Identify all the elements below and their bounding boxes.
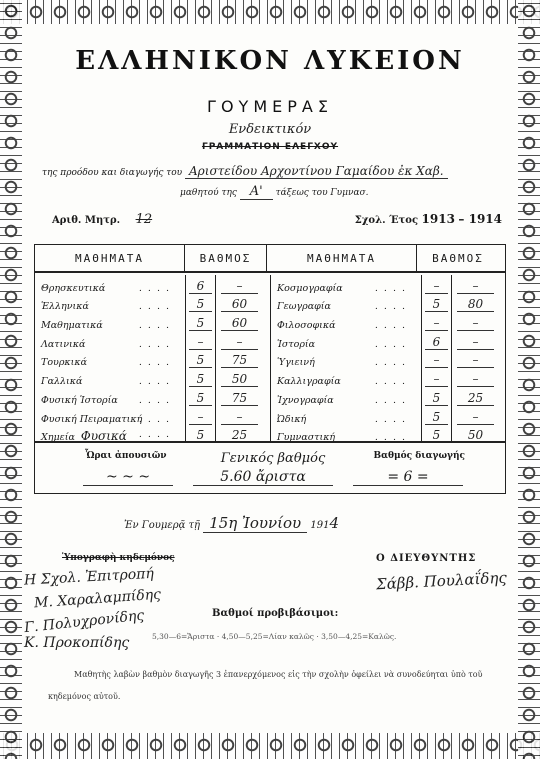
leader-dots: .... xyxy=(375,301,411,312)
grade-integer: – xyxy=(189,410,212,425)
subject-name: Θρησκευτικά.... xyxy=(35,283,185,294)
grade-integer-cell: 5 xyxy=(185,368,215,387)
conduct-value: = 6 = xyxy=(353,469,463,486)
grade-integer-cell: – xyxy=(421,368,451,387)
grade-fraction: – xyxy=(457,279,495,294)
grade-row: Ὑγιεινή....–– xyxy=(271,350,505,369)
leader-dots: .... xyxy=(139,320,175,331)
leader-dots: .... xyxy=(139,357,175,368)
grade-row: Θρησκευτικά....6– xyxy=(35,275,270,294)
grade-fraction: – xyxy=(457,335,495,350)
subject-name: Φιλοσοφικά.... xyxy=(271,320,421,331)
grade-fraction-cell: 75 xyxy=(215,350,263,369)
grade-row: Κοσμογραφία....–– xyxy=(271,275,505,294)
leader-dots: .... xyxy=(375,339,411,350)
leader-dots: .... xyxy=(375,283,411,294)
school-year-label: Σχολ. Έτος xyxy=(355,215,418,226)
grade-fraction-cell: 75 xyxy=(215,387,263,406)
class-line: μαθητού της Α' τάξεως του Γυμνασ. xyxy=(180,184,369,199)
grade-fraction-cell: – xyxy=(451,312,499,331)
grade-fraction: – xyxy=(221,279,259,294)
grade-fraction-cell: – xyxy=(215,406,263,425)
register-value: 12 xyxy=(124,212,165,227)
grade-integer: – xyxy=(425,279,448,294)
grade-row: Μαθηματικά....560 xyxy=(35,312,270,331)
leader-dots: .... xyxy=(375,376,411,387)
grade-integer: – xyxy=(425,372,448,387)
subject-label: Φυσική Ἱστορία xyxy=(41,395,118,406)
grade-integer-cell: – xyxy=(185,406,215,425)
subject-label: Γεωγραφία xyxy=(277,301,331,312)
subject-label: Ἑλληνικά xyxy=(41,301,89,312)
grade-fraction-cell: – xyxy=(215,331,263,350)
grade-row: Ἱστορία....6– xyxy=(271,331,505,350)
general-grade-value: 5.60 ἄριστα xyxy=(193,469,333,486)
grade-integer-cell: 5 xyxy=(185,312,215,331)
grade-row: Ἰχνογραφία....525 xyxy=(271,387,505,406)
grade-fraction-cell: 50 xyxy=(215,368,263,387)
subject-label: Φιλοσοφικά xyxy=(277,320,335,331)
grade-integer: 5 xyxy=(425,391,448,406)
grade-fraction-cell: – xyxy=(451,331,499,350)
grade-integer: – xyxy=(425,316,448,331)
leader-dots: .... xyxy=(375,357,411,368)
grade-fraction: 60 xyxy=(221,297,259,312)
promotion-grades-scale: 5,30—6=Ἄριστα · 4,50—5,25=Λίαν καλῶς · 3… xyxy=(152,632,396,641)
grade-row: Φυσική Ἱστορία....575 xyxy=(35,387,270,406)
student-name: Αριστείδου Αρχοντίνου Γαμαίδου ἐκ Χαβ. xyxy=(185,164,448,179)
grade-fraction: – xyxy=(221,335,259,350)
subject-name: Γεωγραφία.... xyxy=(271,301,421,312)
grades-summary: Ὧραι ἀπουσιῶν Γενικός βαθμός Βαθμός διαγ… xyxy=(35,441,505,493)
grade-fraction: – xyxy=(221,410,259,425)
ornamental-border-bottom xyxy=(0,733,540,759)
grade-integer: – xyxy=(425,353,448,368)
grade-integer: 6 xyxy=(189,279,212,294)
leader-dots: .... xyxy=(375,395,411,406)
grade-fraction: – xyxy=(457,316,495,331)
grade-integer: 5 xyxy=(189,353,212,368)
grade-row: Ὠδική....5– xyxy=(271,406,505,425)
subject-name: Ἑλληνικά.... xyxy=(35,301,185,312)
date-year-prefix: 191 xyxy=(310,520,329,531)
grade-fraction-cell: – xyxy=(451,368,499,387)
subject-label: Φυσική Πειραματική xyxy=(41,414,142,425)
grade-fraction-cell: – xyxy=(451,275,499,294)
subject-name: Μαθηματικά.... xyxy=(35,320,185,331)
grades-column-right: Κοσμογραφία....––Γεωγραφία....580Φιλοσοφ… xyxy=(270,275,505,443)
document-type-struck: ΓΡΑΜΜΑΤΙΟΝ ΕΛΕΓΧΟΥ xyxy=(0,142,540,152)
absences-value: ~ ~ ~ xyxy=(83,469,173,486)
grade-integer: – xyxy=(189,335,212,350)
subject-label: Λατινικά xyxy=(41,339,85,350)
subject-name: Ἱστορία.... xyxy=(271,339,421,350)
grade-fraction-cell: 80 xyxy=(451,294,499,313)
leader-dots: .... xyxy=(139,301,175,312)
subject-name: Γαλλικά.... xyxy=(35,376,185,387)
subject-name: Φυσική Ἱστορία.... xyxy=(35,395,185,406)
header-subjects-right: ΜΑΘΗΜΑΤΑ xyxy=(267,245,417,271)
leader-dots: .... xyxy=(375,414,411,425)
grades-table: ΜΑΘΗΜΑΤΑ ΒΑΘΜΟΣ ΜΑΘΗΜΑΤΑ ΒΑΘΜΟΣ Θρησκευτ… xyxy=(34,244,506,494)
subject-label: Ἰχνογραφία xyxy=(277,395,334,406)
school-certificate: ΕΛΛΗΝΙΚΟΝ ΛΥΚΕΙΟΝ ΓΟΥΜΕΡΑΣ Ενδεικτικόν Γ… xyxy=(0,0,540,759)
school-name-heading: ΕΛΛΗΝΙΚΟΝ ΛΥΚΕΙΟΝ xyxy=(60,46,480,76)
leader-dots: .... xyxy=(139,395,175,406)
grade-fraction: 75 xyxy=(221,353,259,368)
school-year-start: 1913 xyxy=(422,212,455,226)
grade-fraction: 80 xyxy=(457,297,495,312)
grade-integer-cell: 5 xyxy=(421,387,451,406)
grade-fraction-cell: 60 xyxy=(215,312,263,331)
director-label: Ο ΔΙΕΥΘΥΝΤΗΣ xyxy=(376,553,476,564)
director-signature: Σάββ. Πουλαΐδης xyxy=(376,569,508,594)
grade-row: Φυσική Πειραματική....–– xyxy=(35,406,270,425)
grade-row: Τουρκικά....575 xyxy=(35,350,270,369)
grade-integer: 5 xyxy=(425,297,448,312)
grade-fraction-cell: 60 xyxy=(215,294,263,313)
absences-label: Ὧραι ἀπουσιῶν xyxy=(85,451,167,466)
subject-name: Καλλιγραφία.... xyxy=(271,376,421,387)
leader-dots: .... xyxy=(139,376,175,387)
header-grade-left: ΒΑΘΜΟΣ xyxy=(185,245,267,271)
grades-column-left: Θρησκευτικά....6–Ἑλληνικά....560Μαθηματι… xyxy=(35,275,270,443)
grade-integer-cell: 5 xyxy=(421,294,451,313)
grade-fraction: – xyxy=(457,353,495,368)
grade-fraction-cell: – xyxy=(451,350,499,369)
general-grade-label: Γενικός βαθμός xyxy=(221,451,325,466)
grade-integer: 6 xyxy=(425,335,448,350)
grade-fraction: 50 xyxy=(221,372,259,387)
leader-dots: .... xyxy=(375,320,411,331)
grade-integer-cell: 5 xyxy=(185,387,215,406)
subject-name: Φυσική Πειραματική.... xyxy=(35,414,185,425)
class-label-prefix: μαθητού της xyxy=(180,188,237,198)
grade-row: Ἑλληνικά....560 xyxy=(35,294,270,313)
subject-label: Καλλιγραφία xyxy=(277,376,341,387)
grade-row: Γεωγραφία....580 xyxy=(271,294,505,313)
subject-label: Ὑγιεινή xyxy=(277,357,315,368)
grade-integer-cell: 5 xyxy=(185,294,215,313)
grades-table-body: Θρησκευτικά....6–Ἑλληνικά....560Μαθηματι… xyxy=(35,275,505,443)
leader-dots: .... xyxy=(139,414,175,425)
subject-name: Τουρκικά.... xyxy=(35,357,185,368)
grade-row: Καλλιγραφία....–– xyxy=(271,368,505,387)
grade-integer: 5 xyxy=(189,316,212,331)
class-value: Α' xyxy=(240,184,273,200)
subject-name: Λατινικά.... xyxy=(35,339,185,350)
grade-fraction: 25 xyxy=(457,391,495,406)
grade-integer-cell: – xyxy=(421,350,451,369)
leader-dots: .... xyxy=(139,339,175,350)
subject-name: Κοσμογραφία.... xyxy=(271,283,421,294)
grade-integer-cell: – xyxy=(185,331,215,350)
date-day-month: 15η Ἰουνίου xyxy=(203,514,307,533)
subject-label: Γαλλικά xyxy=(41,376,82,387)
grade-fraction-cell: – xyxy=(451,406,499,425)
leader-dots: .... xyxy=(139,429,175,440)
subject-label: Κοσμογραφία xyxy=(277,283,343,294)
header-grade-right: ΒΑΘΜΟΣ xyxy=(417,245,499,271)
grades-table-header: ΜΑΘΗΜΑΤΑ ΒΑΘΜΟΣ ΜΑΘΗΜΑΤΑ ΒΑΘΜΟΣ xyxy=(35,245,505,273)
subject-name: Ὑγιεινή.... xyxy=(271,357,421,368)
date-prefix: Ἐν Γουμερᾷ τῇ xyxy=(124,520,200,531)
grade-integer: 5 xyxy=(189,372,212,387)
subject-label: Ἱστορία xyxy=(277,339,315,350)
progress-line: της προόδου και διαγωγής του Αριστείδου … xyxy=(42,164,522,178)
school-year-field: Σχολ. Έτος 1913 – 1914 xyxy=(355,212,502,227)
subject-name: Ἰχνογραφία.... xyxy=(271,395,421,406)
class-label-suffix: τάξεως του Γυμνασ. xyxy=(276,188,369,198)
register-line: Αριθ. Μητρ. 12 Σχολ. Έτος 1913 – 1914 xyxy=(52,212,502,227)
grade-fraction: – xyxy=(457,372,495,387)
guardian-signature-label: Ὑπογραφὴ κηδεμόνος xyxy=(62,553,175,563)
header-subjects-left: ΜΑΘΗΜΑΤΑ xyxy=(35,245,185,271)
leader-dots: .... xyxy=(139,283,175,294)
grade-fraction: – xyxy=(457,410,495,425)
committee-signatures: Η Σχολ. Ἐπιτροπή Μ. Χαραλαμπίδης Γ. Πολυ… xyxy=(24,566,161,654)
ornamental-border-top xyxy=(0,0,540,24)
subject-name: Ὠδική.... xyxy=(271,414,421,425)
progress-label: της προόδου και διαγωγής του xyxy=(42,168,182,178)
grade-row: Γαλλικά....550 xyxy=(35,368,270,387)
grade-fraction: 75 xyxy=(221,391,259,406)
grade-row: Φιλοσοφικά....–– xyxy=(271,312,505,331)
promotion-grades-title: Βαθμοί προβιβάσιμοι: xyxy=(212,608,338,619)
grade-integer-cell: – xyxy=(421,275,451,294)
conduct-label: Βαθμός διαγωγής xyxy=(374,451,466,466)
subject-label: Θρησκευτικά xyxy=(41,283,105,294)
grade-integer: 5 xyxy=(425,410,448,425)
register-label: Αριθ. Μητρ. xyxy=(52,215,120,226)
subject-label: Τουρκικά xyxy=(41,357,87,368)
date-year-suffix: 4 xyxy=(329,514,339,532)
document-type-handwritten: Ενδεικτικόν xyxy=(0,122,540,137)
conduct-note: Μαθητὴς λαβὼν βαθμὸν διαγωγῆς 3 ἐπανερχό… xyxy=(48,664,518,708)
grade-integer-cell: 6 xyxy=(421,331,451,350)
town-name: ΓΟΥΜΕΡΑΣ xyxy=(0,97,540,116)
grade-fraction-cell: 25 xyxy=(451,387,499,406)
subject-label: Μαθηματικά xyxy=(41,320,103,331)
grade-integer-cell: 5 xyxy=(185,350,215,369)
date-line: Ἐν Γουμερᾷ τῇ 15η Ἰουνίου 1914 xyxy=(124,514,339,532)
grade-integer: 5 xyxy=(189,391,212,406)
subject-label: Ὠδική xyxy=(277,414,306,425)
grade-integer-cell: – xyxy=(421,312,451,331)
register-field: Αριθ. Μητρ. 12 xyxy=(52,212,164,227)
grade-integer: 5 xyxy=(189,297,212,312)
school-year-end: 1914 xyxy=(469,212,502,226)
grade-integer-cell: 6 xyxy=(185,275,215,294)
grade-fraction: 60 xyxy=(221,316,259,331)
grade-fraction-cell: – xyxy=(215,275,263,294)
grade-row: Λατινικά....–– xyxy=(35,331,270,350)
grade-integer-cell: 5 xyxy=(421,406,451,425)
